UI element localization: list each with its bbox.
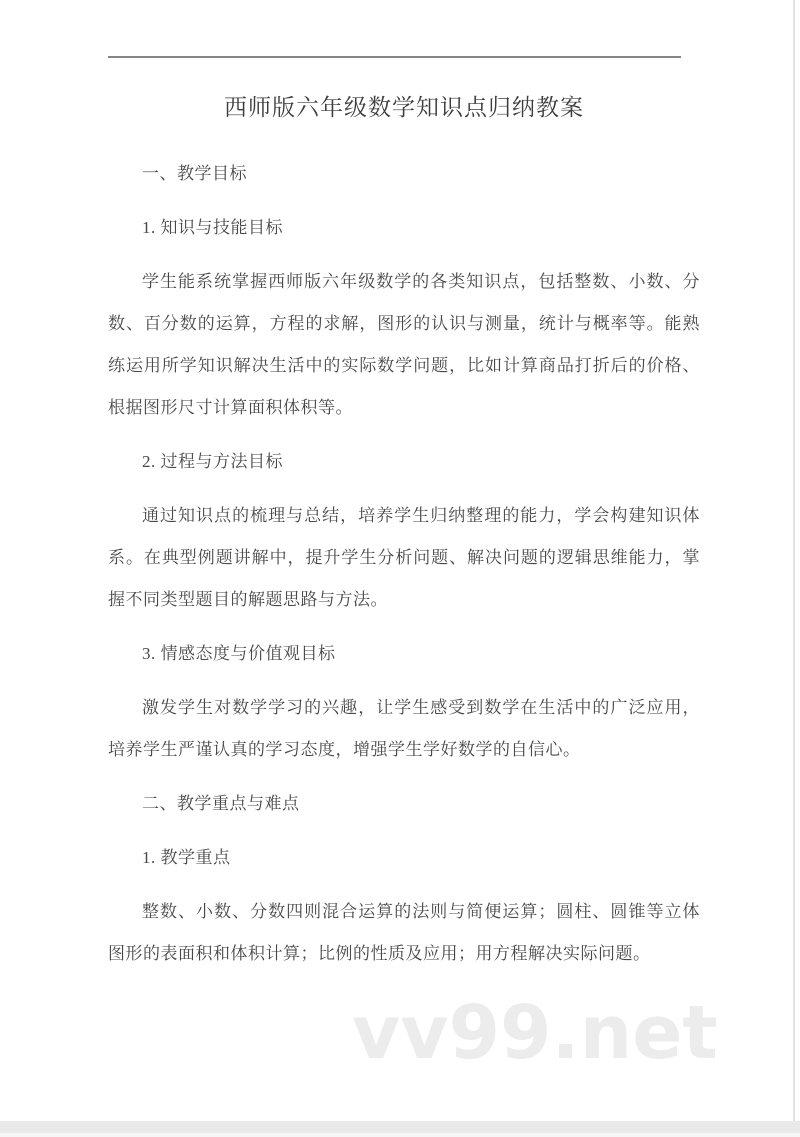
document-heading: 3. 情感态度与价值观目标 [108, 633, 700, 675]
document-heading: 二、教学重点与难点 [108, 783, 700, 825]
document-heading: 1. 知识与技能目标 [108, 207, 700, 249]
document-body: 一、教学目标1. 知识与技能目标学生能系统掌握西师版六年级数学的各类知识点，包括… [108, 153, 700, 975]
document-paragraph: 整数、小数、分数四则混合运算的法则与简便运算；圆柱、圆锥等立体图形的表面积和体积… [108, 891, 700, 975]
page-bottom-edge-light-strip [0, 1133, 800, 1137]
document-viewer-page: 西师版六年级数学知识点归纳教案 一、教学目标1. 知识与技能目标学生能系统掌握西… [0, 0, 800, 1137]
document-title: 西师版六年级数学知识点归纳教案 [108, 91, 700, 125]
document-heading: 2. 过程与方法目标 [108, 441, 700, 483]
document-paragraph: 学生能系统掌握西师版六年级数学的各类知识点，包括整数、小数、分数、百分数的运算，… [108, 261, 700, 429]
document-page: 西师版六年级数学知识点归纳教案 一、教学目标1. 知识与技能目标学生能系统掌握西… [108, 57, 700, 975]
page-bottom-edge-band [0, 1121, 800, 1133]
document-paragraph: 通过知识点的梳理与总结，培养学生归纳整理的能力，学会构建知识体系。在典型例题讲解… [108, 495, 700, 621]
document-paragraph: 激发学生对数学学习的兴趣，让学生感受到数学在生活中的广泛应用，培养学生严谨认真的… [108, 687, 700, 771]
watermark-text: vv99.net [352, 996, 718, 1070]
document-heading: 1. 教学重点 [108, 837, 700, 879]
page-right-edge [793, 0, 795, 1121]
document-heading: 一、教学目标 [108, 153, 700, 195]
